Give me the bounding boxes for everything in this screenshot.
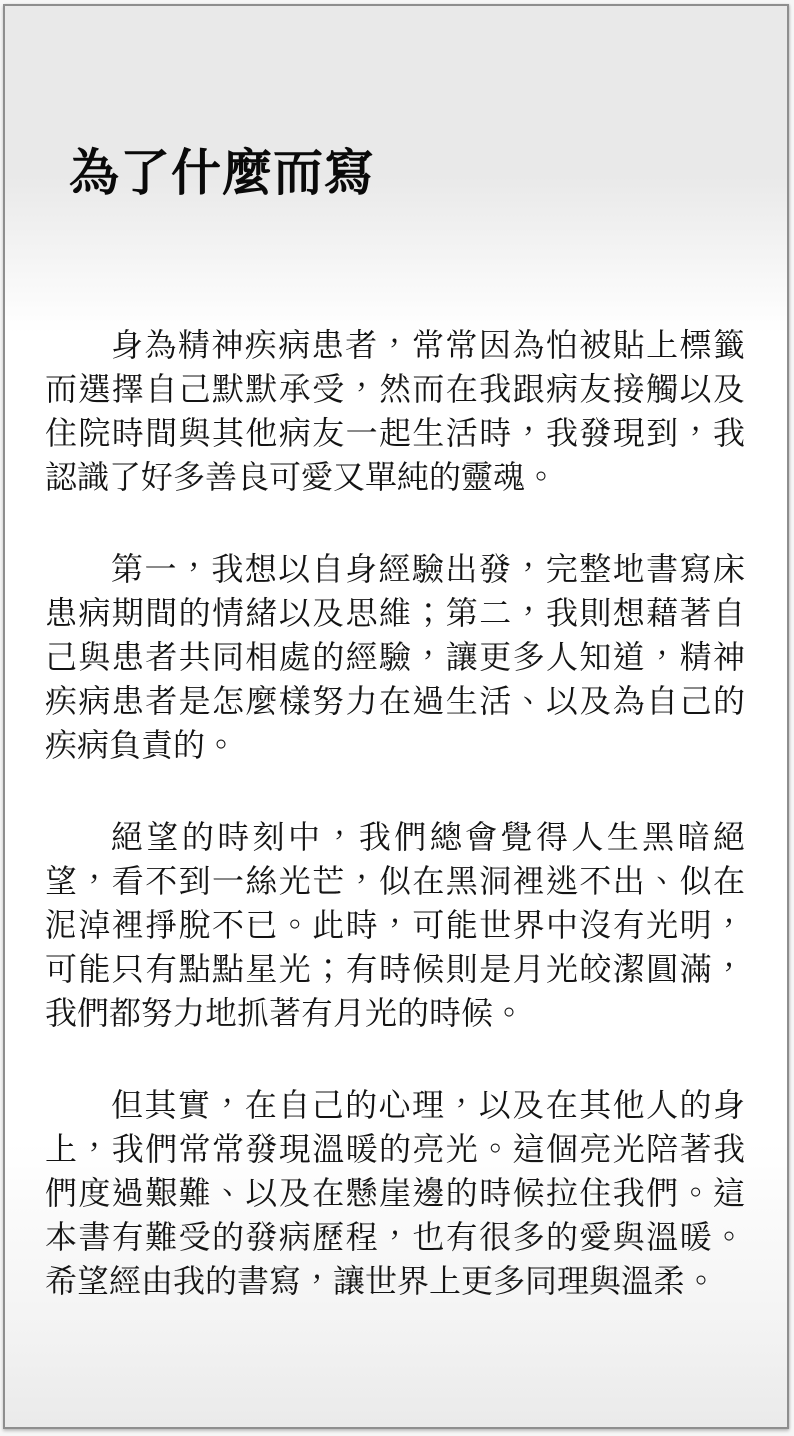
body-paragraph: 絕望的時刻中，我們總會覺得人生黑暗絕望，看不到一絲光芒，似在黑洞裡逃不出、似在泥… <box>45 815 745 1035</box>
body-paragraph: 但其實，在自己的心理，以及在其他人的身上，我們常常發現溫暖的亮光。這個亮光陪著我… <box>45 1083 745 1303</box>
book-page: 為了什麼而寫 身為精神疾病患者，常常因為怕被貼上標籤而選擇自己默默承受，然而在我… <box>3 4 789 1429</box>
body-paragraph: 第一，我想以自身經驗出發，完整地書寫床患病期間的情緒以及思維；第二，我則想藉著自… <box>45 547 745 767</box>
page-content: 為了什麼而寫 身為精神疾病患者，常常因為怕被貼上標籤而選擇自己默默承受，然而在我… <box>5 148 787 1303</box>
chapter-title: 為了什麼而寫 <box>69 148 747 198</box>
body-paragraph: 身為精神疾病患者，常常因為怕被貼上標籤而選擇自己默默承受，然而在我跟病友接觸以及… <box>45 323 745 499</box>
chapter-body: 身為精神疾病患者，常常因為怕被貼上標籤而選擇自己默默承受，然而在我跟病友接觸以及… <box>45 323 745 1303</box>
